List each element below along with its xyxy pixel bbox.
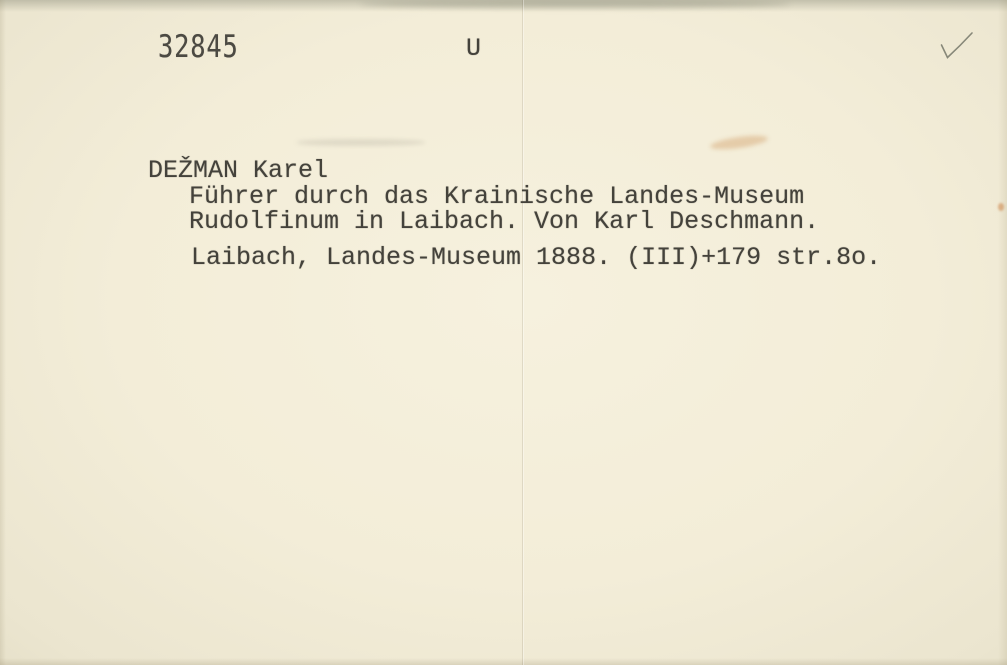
catalog-card: 32845 U DEŽMAN Karel Führer durch das Kr… <box>0 0 1007 665</box>
card-vertical-crease <box>522 0 523 665</box>
scan-bottom-edge-shadow <box>0 658 1007 665</box>
imprint-line: Laibach, Landes-Museum 1888. (III)+179 s… <box>191 245 881 270</box>
title-line-2: Rudolfinum in Laibach. Von Karl Deschman… <box>189 209 819 234</box>
rust-dot <box>998 203 1004 211</box>
scan-top-edge-shadow-blob <box>360 0 790 8</box>
section-letter: U <box>466 36 481 61</box>
faint-smudge <box>296 139 426 146</box>
scan-left-edge-shadow <box>0 0 6 665</box>
author-heading: DEŽMAN Karel <box>148 158 328 183</box>
scan-right-edge-shadow <box>998 0 1007 665</box>
rust-stain <box>710 133 769 152</box>
call-number: 32845 <box>158 32 239 63</box>
title-line-1: Führer durch das Krainische Landes-Museu… <box>189 184 804 209</box>
pencil-checkmark-icon <box>930 22 985 67</box>
